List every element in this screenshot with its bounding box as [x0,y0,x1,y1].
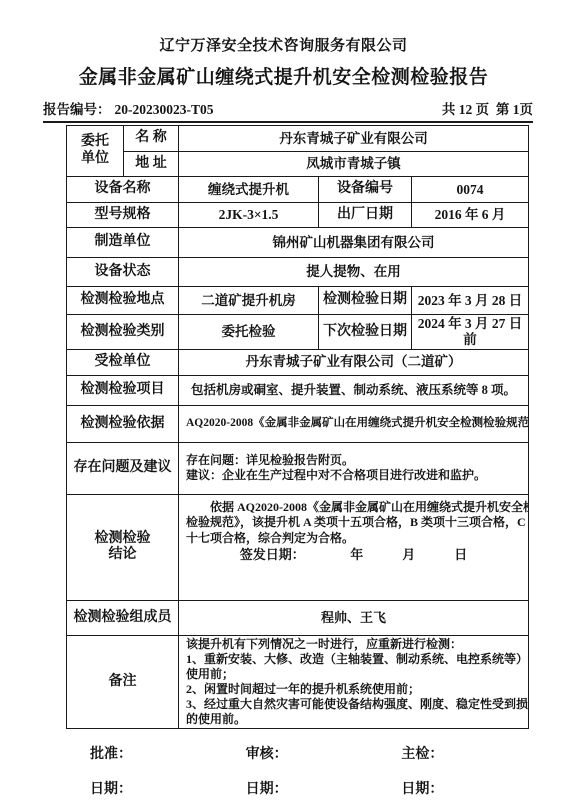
table-row: 制造单位 锦州矿山机器集团有限公司 [67,228,529,258]
page-count: 共 12 页 第 1页 [442,98,533,118]
review-date-label: 日期： [222,778,378,798]
chief-inspector-label: 主检： [377,743,533,763]
device-name-value: 缠绕式提升机 [179,177,319,203]
table-row: 检测检验 结论 依据 AQ2020-2008《金属非金属矿山在用缠绕式提升机安全… [67,494,529,600]
remarks-line: 2、闲置时间超过一年的提升机系统使用前； [186,682,522,697]
signature-labels-row: 批准： 审核： 主检： [66,743,533,763]
table-row: 型号规格 2JK-3×1.5 出厂日期 2016 年 6 月 [67,203,529,228]
inspected-unit-value: 丹东青城子矿业有限公司（二道矿） [179,349,529,375]
inspection-basis-value: AQ2020-2008《金属非金属矿山在用缠绕式提升机安全检测检验规范》 [179,405,529,442]
table-row: 受检单位 丹东青城子矿业有限公司（二道矿） [67,349,529,375]
client-unit-label: 委托 单位 [67,126,124,177]
remarks-line: 1、重新安装、大修、改造（主轴装置、制动系统、电控系统等）后 [186,652,522,667]
table-row: 检测检验组成员 程帅、王飞 [67,600,529,635]
table-row: 检测检验地点 二道矿提升机房 检测检验日期 2023 年 3 月 28 日 [67,287,529,315]
remarks-label: 备注 [67,635,179,728]
table-row: 设备状态 提人提物、在用 [67,258,529,287]
company-name: 辽宁万泽安全技术咨询服务有限公司 [0,34,567,55]
conclusion-text-line: 十七项合格，综合判定为合格。 [186,531,521,547]
inspection-date-value: 2023 年 3 月 28 日 [412,287,529,315]
problems-suggestions-label: 存在问题及建议 [67,442,179,494]
client-name-value: 丹东青城子矿业有限公司 [179,126,529,152]
issue-date-line: 签发日期： 年 月 日 [186,547,521,564]
report-page: 辽宁万泽安全技术咨询服务有限公司 金属非金属矿山缠绕式提升机安全检测检验报告 报… [0,0,567,802]
inspection-category-label: 检测检验类别 [67,315,179,350]
device-number-label: 设备编号 [319,177,412,203]
model-value: 2JK-3×1.5 [179,203,319,228]
inspected-unit-label: 受检单位 [67,349,179,375]
header-divider [43,121,533,123]
table-row: 备注 该提升机有下列情况之一时进行，应重新进行检测： 1、重新安装、大修、改造（… [67,635,529,728]
suggestions-line: 建议：企业在生产过程中对不合格项目进行改进和监护。 [186,468,522,483]
device-status-value: 提人提物、在用 [179,258,529,287]
conclusion-text-line: 依据 AQ2020-2008《金属非金属矿山在用缠绕式提升机安全检测 [186,500,521,516]
device-name-label: 设备名称 [67,177,179,203]
table-row: 检测检验类别 委托检验 下次检验日期 2024 年 3 月 27 日前 [67,315,529,350]
problems-line: 存在问题：详见检验报告附页。 [186,453,522,468]
inspection-date-label: 检测检验日期 [319,287,412,315]
remarks-line: 的使用前。 [186,712,522,727]
conclusion-text-line: 检验规范》，该提升机 A 类项十五项合格，B 类项十三项合格，C 类项 [186,515,521,531]
conclusion-label-line1: 检测检验 [70,531,175,548]
approve-label: 批准： [66,743,222,763]
report-number-value: 20-20230023-T05 [115,102,214,118]
inspection-items-value: 包括机房或硐室、提升装置、制动系统、液压系统等 8 项。 [179,375,529,405]
inspection-items-label: 检测检验项目 [67,375,179,405]
table-row: 委托 单位 名 称 丹东青城子矿业有限公司 [67,126,529,152]
report-number: 报告编号： 20-20230023-T05 [43,98,214,118]
report-header: 辽宁万泽安全技术咨询服务有限公司 金属非金属矿山缠绕式提升机安全检测检验报告 报… [0,0,567,123]
inspection-team-label: 检测检验组成员 [67,600,179,635]
client-name-label: 名 称 [124,126,179,152]
remarks-value: 该提升机有下列情况之一时进行，应重新进行检测： 1、重新安装、大修、改造（主轴装… [179,635,529,728]
table-row: 存在问题及建议 存在问题：详见检验报告附页。 建议：企业在生产过程中对不合格项目… [67,442,529,494]
table-row: 地 址 凤城市青城子镇 [67,152,529,177]
next-inspection-date-label: 下次检验日期 [319,315,412,350]
inspection-location-value: 二道矿提升机房 [179,287,319,315]
signature-dates-row: 日期： 日期： 日期： [66,778,533,798]
manufacturer-label: 制造单位 [67,228,179,258]
signature-area: 批准： 审核： 主检： 日期： 日期： 日期： [66,743,533,798]
report-number-label: 报告编号： [43,98,111,118]
inspection-basis-label: 检测检验依据 [67,405,179,442]
mfg-date-label: 出厂日期 [319,203,412,228]
table-row: 检测检验依据 AQ2020-2008《金属非金属矿山在用缠绕式提升机安全检测检验… [67,405,529,442]
page-title: 金属非金属矿山缠绕式提升机安全检测检验报告 [0,62,567,89]
model-label: 型号规格 [67,203,179,228]
mfg-date-value: 2016 年 6 月 [412,203,529,228]
table-row: 检测检验项目 包括机房或硐室、提升装置、制动系统、液压系统等 8 项。 [67,375,529,405]
inspection-location-label: 检测检验地点 [67,287,179,315]
inspection-form: 委托 单位 名 称 丹东青城子矿业有限公司 地 址 凤城市青城子镇 设备名称 缠… [66,125,567,729]
problems-suggestions-value: 存在问题：详见检验报告附页。 建议：企业在生产过程中对不合格项目进行改进和监护。 [179,442,529,494]
client-unit-label-line1: 委托 [70,134,120,151]
report-meta-line: 报告编号： 20-20230023-T05 共 12 页 第 1页 [43,98,533,118]
table-row: 设备名称 缠绕式提升机 设备编号 0074 [67,177,529,203]
remarks-line: 该提升机有下列情况之一时进行，应重新进行检测： [186,637,522,652]
chief-date-label: 日期： [377,778,533,798]
inspection-form-table: 委托 单位 名 称 丹东青城子矿业有限公司 地 址 凤城市青城子镇 设备名称 缠… [66,125,529,729]
client-address-label: 地 址 [124,152,179,177]
device-number-value: 0074 [412,177,529,203]
client-unit-label-line2: 单位 [70,151,120,168]
inspection-team-value: 程帅、王飞 [179,600,529,635]
conclusion-label-line2: 结论 [70,547,175,564]
conclusion-value: 依据 AQ2020-2008《金属非金属矿山在用缠绕式提升机安全检测 检验规范》… [179,494,529,600]
conclusion-label: 检测检验 结论 [67,494,179,600]
remarks-line: 使用前； [186,667,522,682]
review-label: 审核： [222,743,378,763]
conclusion-text: 依据 AQ2020-2008《金属非金属矿山在用缠绕式提升机安全检测 检验规范》… [186,500,521,547]
manufacturer-value: 锦州矿山机器集团有限公司 [179,228,529,258]
device-status-label: 设备状态 [67,258,179,287]
client-address-value: 凤城市青城子镇 [179,152,529,177]
approve-date-label: 日期： [66,778,222,798]
inspection-category-value: 委托检验 [179,315,319,350]
remarks-line: 3、经过重大自然灾害可能使设备结构强度、刚度、稳定性受到损坏 [186,697,522,712]
next-inspection-date-value: 2024 年 3 月 27 日前 [412,315,529,350]
